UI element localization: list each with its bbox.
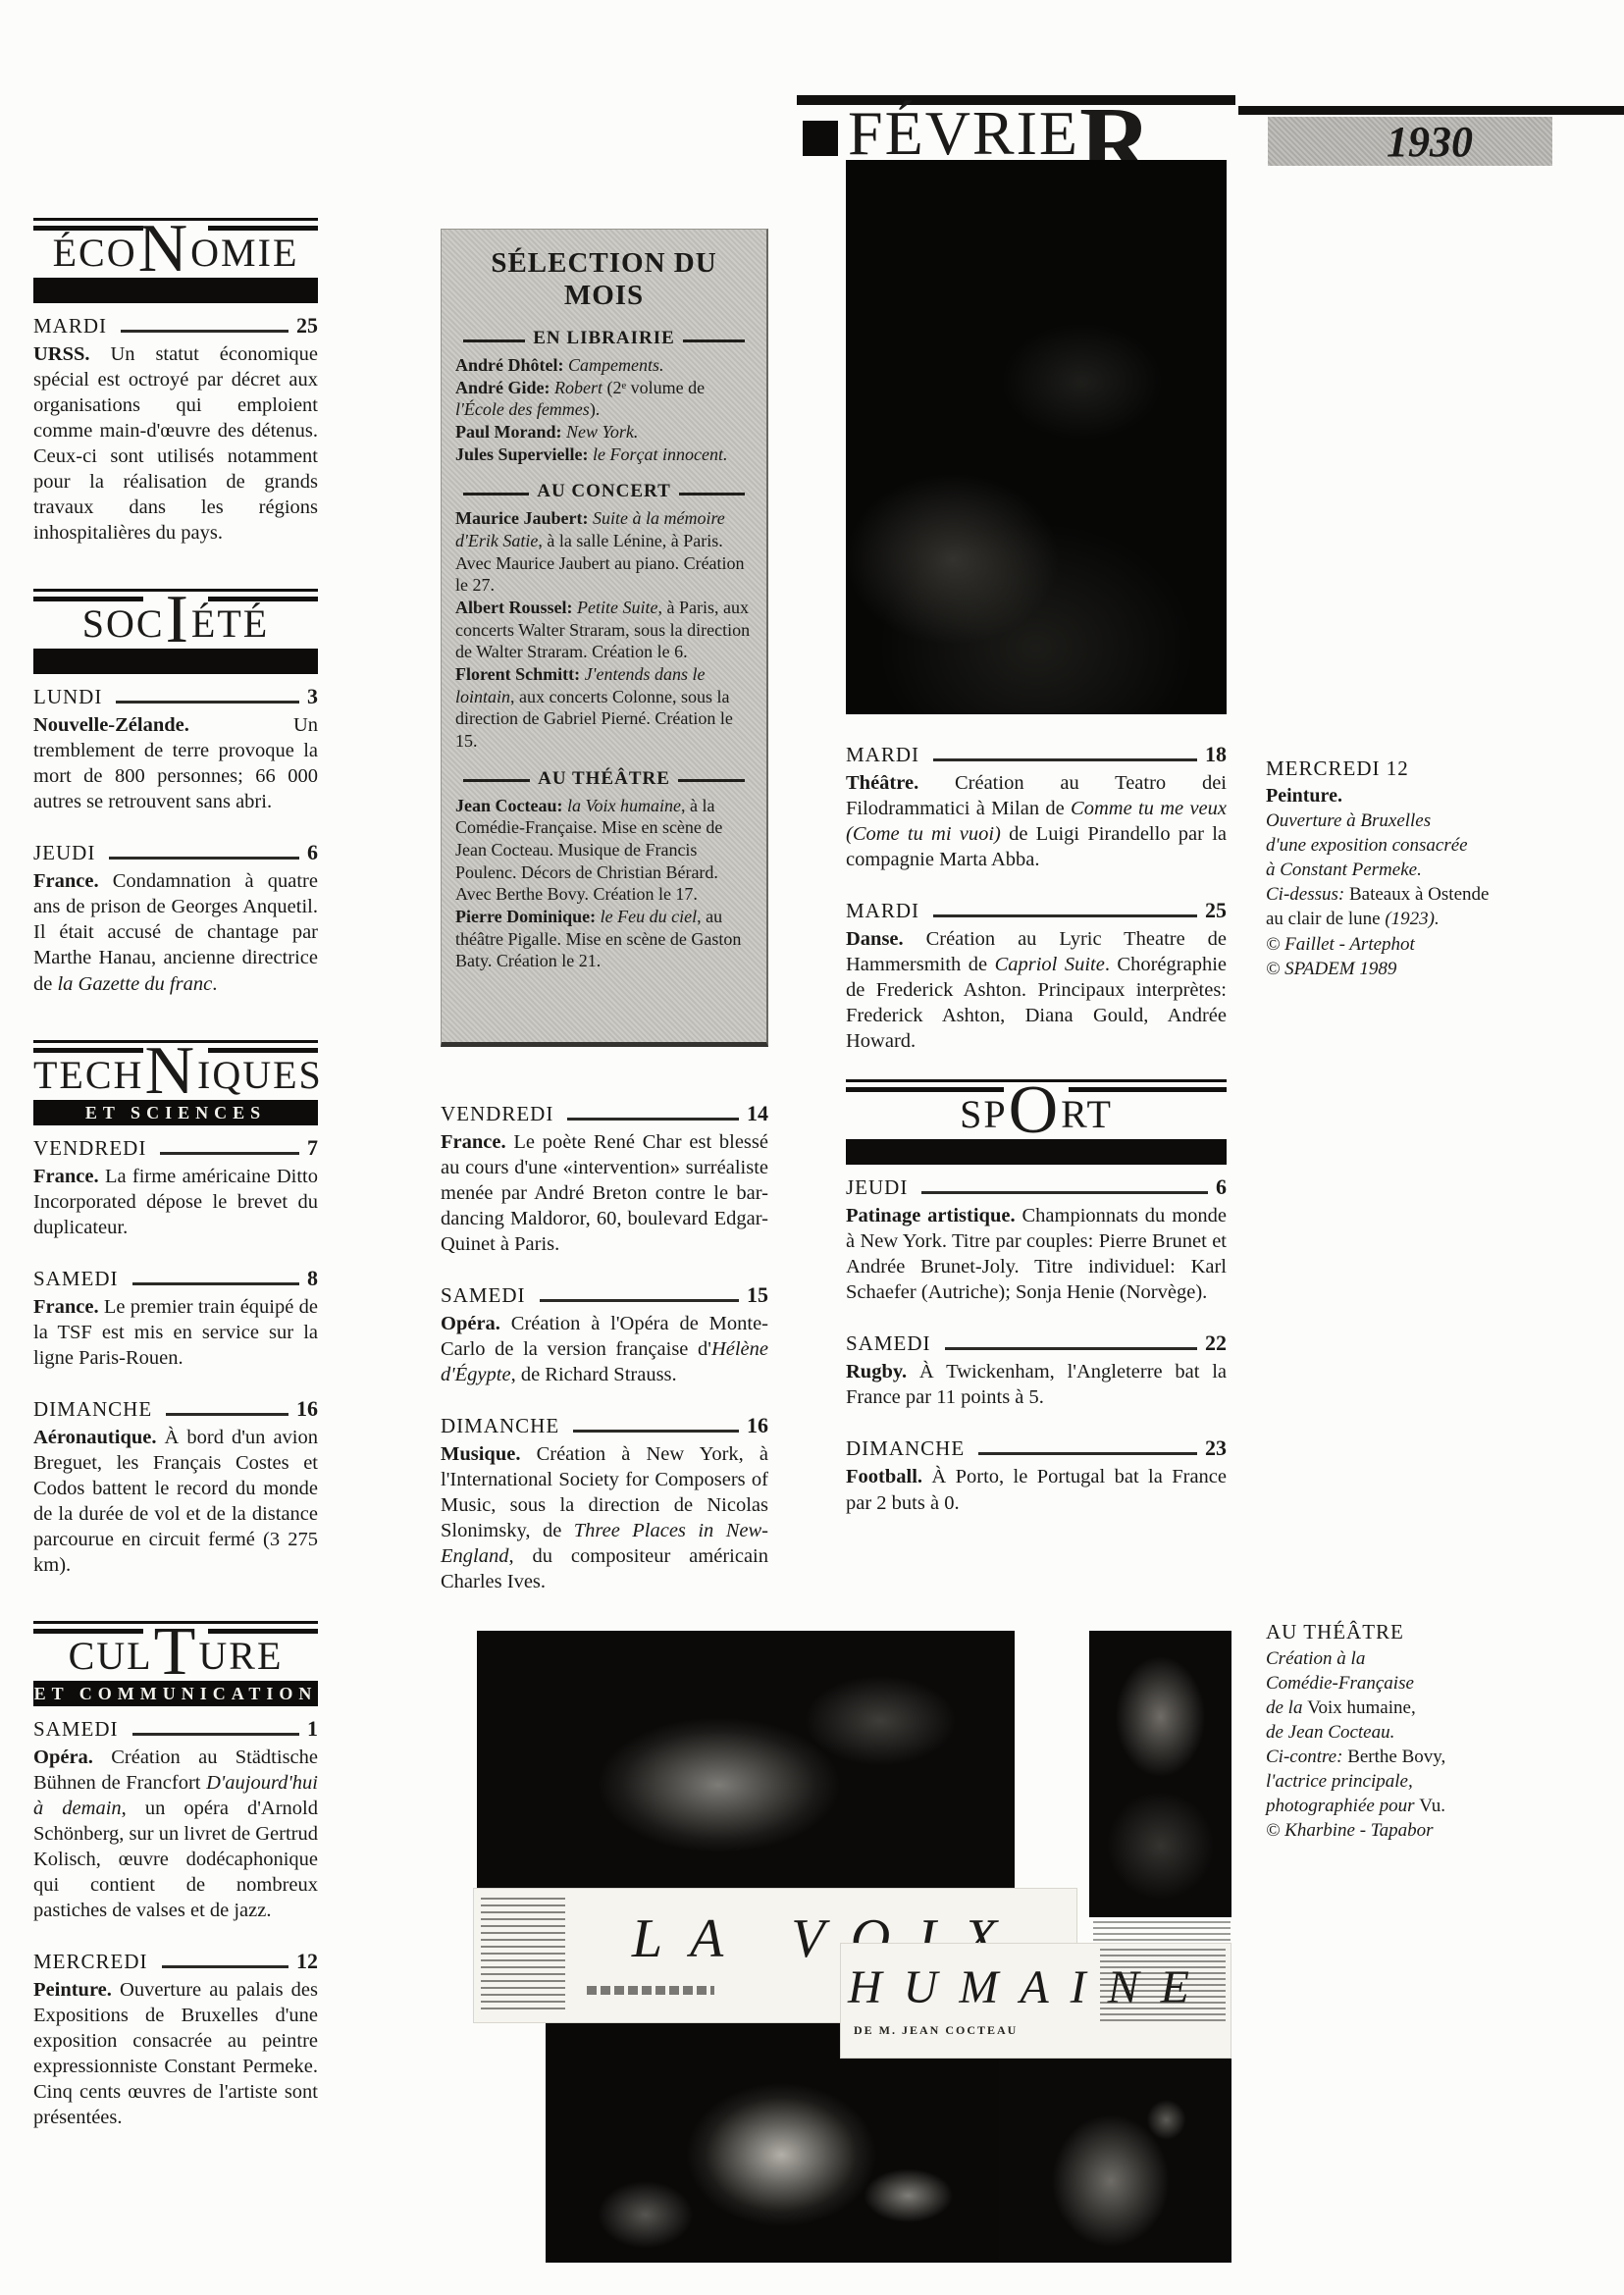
selection-group-heading: AU THÉÂTRE (455, 768, 753, 790)
calendar-entry: SAMEDI 22 Rugby. À Twickenham, l'Anglete… (846, 1330, 1227, 1410)
entry-date-number: 6 (307, 840, 318, 865)
month-header: FÉVRIE R (803, 102, 1152, 165)
entry-rule (573, 1430, 739, 1433)
caption-line: d'une exposition consacrée (1266, 833, 1590, 858)
caption-line: © Faillet - Artephot (1266, 932, 1590, 957)
entry-header: MARDI 18 (846, 742, 1227, 767)
magazine-page: { "header": { "month": "FÉVRIE", "month_… (0, 0, 1624, 2295)
entry-header: DIMANCHE 23 (846, 1435, 1227, 1461)
calendar-entry: JEUDI 6 Patinage artistique. Championnat… (846, 1174, 1227, 1305)
selection-group-items: André Dhôtel: Campements.André Gide: Rob… (455, 354, 753, 465)
entry-rule (132, 1733, 299, 1736)
entry-text: Théâtre. Création au Teatro dei Filodram… (846, 770, 1227, 872)
selection-group-heading: EN LIBRAIRIE (455, 328, 753, 349)
entry-header: MARDI 25 (33, 313, 318, 339)
caption-line: au clair de lune (1923). (1266, 907, 1590, 931)
selection-group-heading: AU CONCERT (455, 481, 753, 502)
header-rule-right (1238, 106, 1624, 115)
selection-group-label: AU THÉÂTRE (538, 768, 670, 790)
entry-text: Aéronautique. À bord d'un avion Breguet,… (33, 1425, 318, 1578)
calendar-entry: MARDI 25 Danse. Création au Lyric Theatr… (846, 898, 1227, 1054)
calendar-entry: DIMANCHE 16 Aéronautique. À bord d'un av… (33, 1396, 318, 1578)
stage-photo-top (477, 1631, 1015, 1888)
entry-date-number: 16 (296, 1396, 318, 1422)
entry-text: Football. À Porto, le Portugal bat la Fr… (846, 1464, 1227, 1515)
entry-header: JEUDI 6 (33, 840, 318, 865)
section: TECHNIQUES ET SCIENCES VENDREDI 7 France… (33, 1040, 318, 1578)
caption-line: MERCREDI 12 (1266, 756, 1590, 783)
calendar-entry: DIMANCHE 16 Musique. Création à New York… (441, 1413, 768, 1594)
selection-group-label: AU CONCERT (537, 481, 671, 502)
small-print-block (1093, 1921, 1231, 1941)
middle-column-entries: VENDREDI 14 France. Le poète René Char e… (441, 1101, 768, 1620)
selection-group-items: Maurice Jaubert: Suite à la mémoire d'Er… (455, 507, 753, 752)
caption-line: © Kharbine - Tapabor (1266, 1818, 1590, 1843)
calendar-entry: VENDREDI 14 France. Le poète René Char e… (441, 1101, 768, 1257)
caption-line: Ci-dessus: Bateaux à Ostende (1266, 882, 1590, 907)
small-print-line (587, 1986, 714, 1995)
entry-header: MERCREDI 12 (33, 1949, 318, 1974)
entry-header: LUNDI 3 (33, 684, 318, 709)
section-title: TECHNIQUES (33, 1054, 318, 1097)
entry-header: MARDI 25 (846, 898, 1227, 923)
stage-photo-bottom-left (546, 2023, 999, 2263)
entry-text: Opéra. Création au Städtische Bühnen de … (33, 1745, 318, 1923)
entry-day: MARDI (33, 314, 107, 339)
selection-item: André Dhôtel: Campements. (455, 354, 753, 377)
section-title: CULTURE (33, 1635, 318, 1678)
small-print-block (481, 1898, 565, 2013)
caption-line: Peinture. (1266, 783, 1590, 808)
entry-date-number: 15 (747, 1282, 768, 1308)
selection-item: Paul Morand: New York. (455, 421, 753, 443)
section-title: ÉCONOMIE (33, 232, 318, 275)
stage-photo-bottom-right (999, 2059, 1231, 2263)
selection-group-label: EN LIBRAIRIE (533, 328, 675, 349)
entry-rule (166, 1413, 288, 1416)
caption-line: de Jean Cocteau. (1266, 1720, 1590, 1745)
section-entries: JEUDI 6 Patinage artistique. Championnat… (846, 1165, 1227, 1515)
entry-rule (567, 1118, 739, 1121)
entry-day: VENDREDI (441, 1102, 553, 1126)
caption-line: Création à la (1266, 1646, 1590, 1671)
calendar-entry: MARDI 18 Théâtre. Création au Teatro dei… (846, 742, 1227, 872)
entry-day: SAMEDI (33, 1717, 119, 1742)
entry-text: Opéra. Création à l'Opéra de Monte-Carlo… (441, 1311, 768, 1387)
small-print-block (1100, 1949, 1226, 2025)
entry-rule (540, 1299, 739, 1302)
calendar-entry: SAMEDI 15 Opéra. Création à l'Opéra de M… (441, 1282, 768, 1387)
caption-line: Ouverture à Bruxelles (1266, 808, 1590, 833)
selection-group: EN LIBRAIRIE André Dhôtel: Campements.An… (455, 328, 753, 465)
entry-day: LUNDI (33, 685, 102, 709)
entry-date-number: 16 (747, 1413, 768, 1438)
section-header: SOCIÉTÉ (33, 589, 318, 674)
entry-header: SAMEDI 22 (846, 1330, 1227, 1356)
section-entries: VENDREDI 7 France. La firme américaine D… (33, 1125, 318, 1578)
selection-group: AU THÉÂTRE Jean Cocteau: la Voix humaine… (455, 768, 753, 972)
entry-day: DIMANCHE (846, 1436, 965, 1461)
section-title: SOCIÉTÉ (33, 602, 318, 646)
section-entries: MARDI 25 URSS. Un statut économique spéc… (33, 303, 318, 546)
section: CULTURE ET COMMUNICATION SAMEDI 1 Opéra.… (33, 1621, 318, 2130)
entry-text: Nouvelle-Zélande. Un tremblement de terr… (33, 712, 318, 814)
calendar-entry: DIMANCHE 23 Football. À Porto, le Portug… (846, 1435, 1227, 1515)
section-title: SPORT (846, 1093, 1227, 1136)
black-square-icon (803, 121, 838, 156)
permeke-painting-photo (846, 160, 1227, 714)
theatre-photo-collage: LA VOIX PIÈCE EN UN ACTE HUMAINE DE M. J… (473, 1631, 1231, 2278)
entry-text: France. Le premier train équipé de la TS… (33, 1294, 318, 1371)
caption-line: AU THÉÂTRE (1266, 1619, 1590, 1646)
entry-header: VENDREDI 7 (33, 1135, 318, 1161)
entry-text: URSS. Un statut économique spécial est o… (33, 341, 318, 546)
month-title: FÉVRIE (848, 102, 1079, 165)
entry-header: DIMANCHE 16 (33, 1396, 318, 1422)
section-header: TECHNIQUES ET SCIENCES (33, 1040, 318, 1125)
entry-rule (116, 701, 299, 704)
calendar-entry: SAMEDI 1 Opéra. Création au Städtische B… (33, 1716, 318, 1923)
entry-day: SAMEDI (846, 1331, 931, 1356)
entry-rule (121, 330, 288, 333)
entry-text: Patinage artistique. Championnats du mon… (846, 1203, 1227, 1305)
entry-date-number: 25 (1205, 898, 1227, 923)
selection-group: AU CONCERT Maurice Jaubert: Suite à la m… (455, 481, 753, 752)
calendar-entry: JEUDI 6 France. Condamnation à quatre an… (33, 840, 318, 996)
entry-text: Musique. Création à New York, à l'Intern… (441, 1441, 768, 1594)
entry-day: DIMANCHE (441, 1414, 559, 1438)
entry-rule (945, 1347, 1197, 1350)
caption-line: de la Voix humaine, (1266, 1695, 1590, 1720)
section: SOCIÉTÉ LUNDI 3 Nouvelle-Zélande. Un tre… (33, 589, 318, 996)
entry-date-number: 25 (296, 313, 318, 339)
selection-item: André Gide: Robert (2ᵉ volume de l'École… (455, 377, 753, 421)
cocteau-byline: DE M. JEAN COCTEAU (854, 2023, 1018, 2038)
calendar-entry: VENDREDI 7 France. La firme américaine D… (33, 1135, 318, 1240)
caption-line: © SPADEM 1989 (1266, 957, 1590, 981)
section-header: SPORT (846, 1079, 1227, 1165)
section: SPORT JEUDI 6 Patinage artistique. Champ… (846, 1079, 1227, 1515)
stage-photo-right (1089, 1631, 1231, 1917)
left-column: ÉCONOMIE MARDI 25 URSS. Un statut économ… (33, 218, 318, 2173)
entry-day: MERCREDI (33, 1950, 148, 1974)
entry-rule (162, 1965, 288, 1968)
entry-rule (132, 1282, 299, 1285)
entry-date-number: 18 (1205, 742, 1227, 767)
caption-line: photographiée pour Vu. (1266, 1794, 1590, 1818)
calendar-entry: LUNDI 3 Nouvelle-Zélande. Un tremblement… (33, 684, 318, 814)
year-label: 1930 (1347, 117, 1473, 167)
caption-mercredi-12: MERCREDI 12Peinture.Ouverture à Bruxelle… (1266, 756, 1590, 981)
entry-date-number: 22 (1205, 1330, 1227, 1356)
entry-rule (933, 758, 1197, 761)
humaine-banner: HUMAINE DE M. JEAN COCTEAU (840, 1943, 1231, 2059)
section: ÉCONOMIE MARDI 25 URSS. Un statut économ… (33, 218, 318, 546)
entry-date-number: 7 (307, 1135, 318, 1161)
entry-day: SAMEDI (441, 1283, 526, 1308)
caption-line: à Constant Permeke. (1266, 858, 1590, 882)
entry-day: DIMANCHE (33, 1397, 152, 1422)
entry-date-number: 12 (296, 1949, 318, 1974)
selection-item: Jules Supervielle: le Forçat innocent. (455, 443, 753, 466)
entry-day: JEUDI (846, 1175, 908, 1200)
selection-item: Florent Schmitt: J'entends dans le loint… (455, 663, 753, 753)
entry-date-number: 1 (307, 1716, 318, 1742)
selection-title: SÉLECTION DU MOIS (455, 247, 753, 312)
caption-line: Ci-contre: Berthe Bovy, (1266, 1745, 1590, 1769)
entry-date-number: 6 (1216, 1174, 1227, 1200)
entry-header: SAMEDI 1 (33, 1716, 318, 1742)
calendar-entry: MERCREDI 12 Peinture. Ouverture au palai… (33, 1949, 318, 2130)
section-entries: LUNDI 3 Nouvelle-Zélande. Un tremblement… (33, 674, 318, 996)
right-column: MARDI 18 Théâtre. Création au Teatro dei… (846, 160, 1227, 1559)
entry-day: JEUDI (33, 841, 95, 865)
selection-item: Maurice Jaubert: Suite à la mémoire d'Er… (455, 507, 753, 597)
entry-text: Peinture. Ouverture au palais des Exposi… (33, 1977, 318, 2130)
entry-date-number: 3 (307, 684, 318, 709)
entry-text: France. Le poète René Char est blessé au… (441, 1129, 768, 1257)
right-column-entries: MARDI 18 Théâtre. Création au Teatro dei… (846, 742, 1227, 1054)
caption-au-theatre: AU THÉÂTRECréation à laComédie-Française… (1266, 1619, 1590, 1843)
entry-text: France. Condamnation à quatre ans de pri… (33, 868, 318, 996)
selection-item: Jean Cocteau: la Voix humaine, à la Comé… (455, 795, 753, 906)
selection-box: SÉLECTION DU MOIS EN LIBRAIRIE André Dhô… (441, 229, 768, 1047)
selection-item: Pierre Dominique: le Feu du ciel, au thé… (455, 906, 753, 972)
section-entries: SAMEDI 1 Opéra. Création au Städtische B… (33, 1706, 318, 2130)
entry-day: VENDREDI (33, 1136, 146, 1161)
section-header: CULTURE ET COMMUNICATION (33, 1621, 318, 1706)
entry-text: Rugby. À Twickenham, l'Angleterre bat la… (846, 1359, 1227, 1410)
entry-day: SAMEDI (33, 1267, 119, 1291)
entry-text: Danse. Création au Lyric Theatre de Hamm… (846, 926, 1227, 1054)
entry-day: MARDI (846, 899, 919, 923)
selection-group-items: Jean Cocteau: la Voix humaine, à la Comé… (455, 795, 753, 972)
entry-text: France. La firme américaine Ditto Incorp… (33, 1164, 318, 1240)
entry-header: SAMEDI 15 (441, 1282, 768, 1308)
entry-rule (978, 1452, 1197, 1455)
calendar-entry: SAMEDI 8 France. Le premier train équipé… (33, 1266, 318, 1371)
entry-date-number: 23 (1205, 1435, 1227, 1461)
entry-header: JEUDI 6 (846, 1174, 1227, 1200)
entry-header: SAMEDI 8 (33, 1266, 318, 1291)
entry-rule (109, 857, 299, 860)
entry-day: MARDI (846, 743, 919, 767)
section-header: ÉCONOMIE (33, 218, 318, 303)
entry-date-number: 14 (747, 1101, 768, 1126)
caption-line: Comédie-Française (1266, 1671, 1590, 1695)
calendar-entry: MARDI 25 URSS. Un statut économique spéc… (33, 313, 318, 546)
entry-rule (921, 1191, 1208, 1194)
selection-groups: EN LIBRAIRIE André Dhôtel: Campements.An… (455, 328, 753, 972)
entry-rule (160, 1152, 299, 1155)
year-banner: 1930 (1268, 117, 1552, 166)
entry-header: DIMANCHE 16 (441, 1413, 768, 1438)
caption-line: l'actrice principale, (1266, 1769, 1590, 1794)
sport-section-holder: SPORT JEUDI 6 Patinage artistique. Champ… (846, 1079, 1227, 1515)
entry-rule (933, 914, 1197, 917)
entry-date-number: 8 (307, 1266, 318, 1291)
selection-item: Albert Roussel: Petite Suite, à Paris, a… (455, 597, 753, 663)
entry-header: VENDREDI 14 (441, 1101, 768, 1126)
